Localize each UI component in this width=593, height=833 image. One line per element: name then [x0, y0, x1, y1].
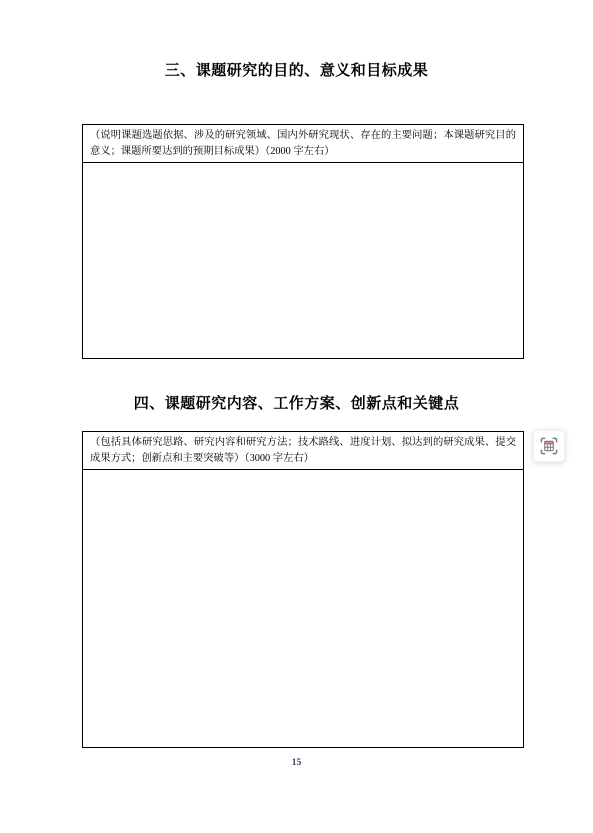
- section-3-heading: 三、课题研究的目的、意义和目标成果: [0, 61, 593, 81]
- section-4-heading: 四、课题研究内容、工作方案、创新点和关键点: [0, 394, 593, 414]
- section-4-content-area[interactable]: [83, 470, 523, 747]
- document-page: 三、课题研究的目的、意义和目标成果 （说明课题选题依据、涉及的研究领域、国内外研…: [0, 0, 593, 833]
- section-4-instruction: （包括具体研究思路、研究内容和研究方法；技术路线、进度计划、拟达到的研究成果、提…: [83, 432, 523, 470]
- section-4-table: （包括具体研究思路、研究内容和研究方法；技术路线、进度计划、拟达到的研究成果、提…: [82, 431, 524, 748]
- section-3-instruction: （说明课题选题依据、涉及的研究领域、国内外研究现状、存在的主要问题；本课题研究目…: [83, 125, 523, 163]
- table-capture-icon: [538, 435, 560, 457]
- section-3-table: （说明课题选题依据、涉及的研究领域、国内外研究现状、存在的主要问题；本课题研究目…: [82, 124, 524, 359]
- table-capture-button[interactable]: [533, 430, 565, 462]
- page-number: 15: [0, 758, 593, 768]
- section-3-content-area[interactable]: [83, 163, 523, 358]
